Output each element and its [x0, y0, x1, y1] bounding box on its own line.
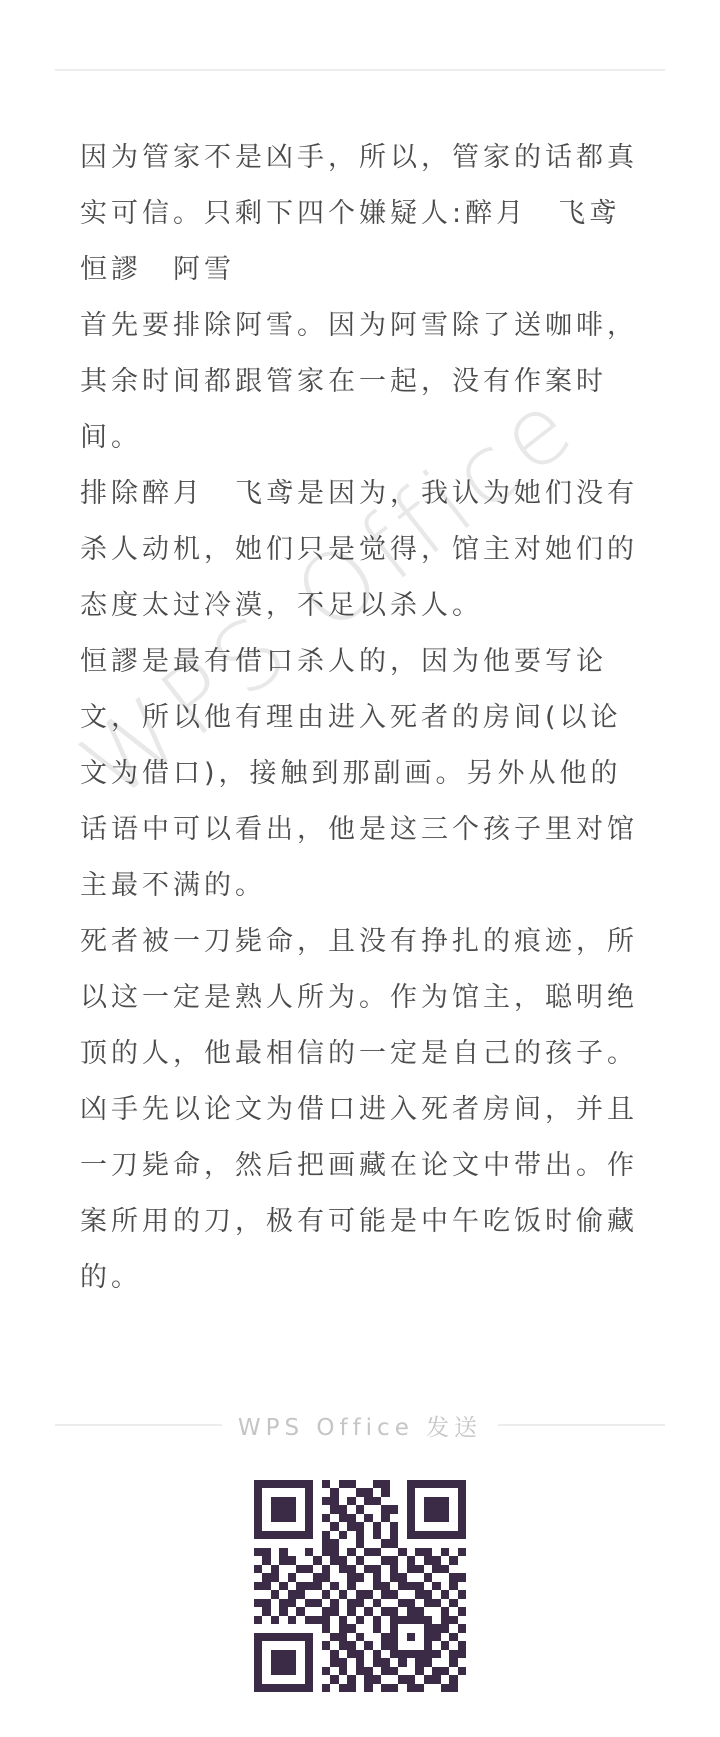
qr-module [407, 1480, 415, 1488]
qr-module [254, 1531, 262, 1539]
qr-module [381, 1607, 389, 1615]
qr-module [398, 1624, 406, 1632]
qr-module [441, 1624, 449, 1632]
qr-module [296, 1565, 304, 1573]
qr-module [373, 1607, 381, 1615]
qr-module [322, 1684, 330, 1692]
qr-module [373, 1590, 381, 1598]
qr-module [271, 1650, 279, 1658]
qr-module [296, 1497, 304, 1505]
qr-module [398, 1522, 406, 1530]
qr-module [322, 1556, 330, 1564]
qr-module [364, 1514, 372, 1522]
qr-module [356, 1582, 364, 1590]
qr-module [296, 1616, 304, 1624]
qr-module [398, 1505, 406, 1513]
qr-module [254, 1573, 262, 1581]
share-footer: WPS Office 发送 [55, 1405, 665, 1445]
qr-module [458, 1658, 466, 1666]
paragraph: 因为管家不是凶手，所以，管家的话都真实可信。只剩下四个嫌疑人:醉月 飞鸢 恒謬 … [80, 130, 644, 298]
qr-module [449, 1650, 457, 1658]
qr-module [424, 1556, 432, 1564]
qr-module [313, 1505, 321, 1513]
qr-module [364, 1522, 372, 1530]
qr-module [398, 1531, 406, 1539]
qr-module [313, 1650, 321, 1658]
qr-module [305, 1514, 313, 1522]
qr-module [262, 1675, 270, 1683]
qr-module [254, 1565, 262, 1573]
qr-module [441, 1633, 449, 1641]
qr-module [390, 1488, 398, 1496]
qr-module [373, 1667, 381, 1675]
qr-module [339, 1590, 347, 1598]
qr-module [356, 1505, 364, 1513]
qr-module [347, 1505, 355, 1513]
qr-module [296, 1582, 304, 1590]
qr-module [330, 1624, 338, 1632]
qr-module [305, 1573, 313, 1581]
qr-module [305, 1548, 313, 1556]
qr-module [305, 1658, 313, 1666]
qr-module [339, 1522, 347, 1530]
qr-module [432, 1675, 440, 1683]
qr-module [305, 1531, 313, 1539]
qr-module [322, 1667, 330, 1675]
qr-module [322, 1548, 330, 1556]
qr-module [441, 1480, 449, 1488]
qr-module [398, 1573, 406, 1581]
qr-module [271, 1514, 279, 1522]
qr-module [271, 1607, 279, 1615]
qr-module [305, 1599, 313, 1607]
qr-module [271, 1599, 279, 1607]
qr-module [288, 1514, 296, 1522]
qr-module [432, 1582, 440, 1590]
qr-module [305, 1650, 313, 1658]
qr-module [313, 1522, 321, 1530]
qr-module [390, 1539, 398, 1547]
qr-module [432, 1624, 440, 1632]
qr-module [262, 1641, 270, 1649]
qr-module [441, 1658, 449, 1666]
qr-module [271, 1675, 279, 1683]
qr-module [330, 1531, 338, 1539]
qr-module [313, 1616, 321, 1624]
qr-module [373, 1582, 381, 1590]
qr-module [432, 1658, 440, 1666]
qr-module [347, 1573, 355, 1581]
qr-module [424, 1675, 432, 1683]
qr-module [288, 1522, 296, 1530]
qr-module [347, 1488, 355, 1496]
qr-module [398, 1590, 406, 1598]
qr-module [288, 1565, 296, 1573]
qr-module [373, 1505, 381, 1513]
qr-module [330, 1607, 338, 1615]
qr-module [279, 1565, 287, 1573]
qr-module [415, 1548, 423, 1556]
qr-module [330, 1599, 338, 1607]
qr-module [441, 1684, 449, 1692]
qr-module [458, 1590, 466, 1598]
qr-module [347, 1658, 355, 1666]
qr-module [279, 1607, 287, 1615]
qr-module [296, 1505, 304, 1513]
qr-module [279, 1573, 287, 1581]
qr-module [262, 1497, 270, 1505]
qr-module [313, 1590, 321, 1598]
qr-module [390, 1650, 398, 1658]
qr-module [458, 1488, 466, 1496]
paragraph: 死者被一刀毙命，且没有挣扎的痕迹，所以这一定是熟人所为。作为馆主，聪明绝顶的人，… [80, 914, 644, 1082]
qr-module [373, 1548, 381, 1556]
qr-module [458, 1667, 466, 1675]
qr-module [279, 1497, 287, 1505]
qr-module [347, 1624, 355, 1632]
qr-module [407, 1599, 415, 1607]
qr-module [271, 1684, 279, 1692]
qr-module [381, 1539, 389, 1547]
qr-module [271, 1582, 279, 1590]
qr-module [432, 1505, 440, 1513]
qr-module [390, 1497, 398, 1505]
qr-module [313, 1582, 321, 1590]
footer-divider-right [498, 1424, 665, 1426]
qr-module [458, 1607, 466, 1615]
qr-module [415, 1624, 423, 1632]
qr-module [458, 1556, 466, 1564]
qr-module [279, 1599, 287, 1607]
qr-module [398, 1641, 406, 1649]
qr-module [305, 1633, 313, 1641]
qr-module [449, 1599, 457, 1607]
qr-module [271, 1531, 279, 1539]
qr-module [381, 1531, 389, 1539]
qr-module [339, 1497, 347, 1505]
qr-module [398, 1565, 406, 1573]
qr-module [262, 1548, 270, 1556]
qr-module [339, 1650, 347, 1658]
qr-module [339, 1624, 347, 1632]
qr-module [271, 1590, 279, 1598]
qr-module [373, 1522, 381, 1530]
qr-module [407, 1590, 415, 1598]
qr-module [279, 1658, 287, 1666]
qr-module [322, 1641, 330, 1649]
qr-module [356, 1650, 364, 1658]
qr-module [288, 1539, 296, 1547]
qr-module [364, 1582, 372, 1590]
qr-module [415, 1684, 423, 1692]
qr-module [441, 1531, 449, 1539]
qr-module [330, 1505, 338, 1513]
qr-module [305, 1616, 313, 1624]
qr-module [381, 1505, 389, 1513]
qr-module [262, 1522, 270, 1530]
qr-module [322, 1590, 330, 1598]
qr-module [279, 1675, 287, 1683]
qr-module [322, 1514, 330, 1522]
qr-module [271, 1505, 279, 1513]
qr-module [322, 1488, 330, 1496]
qr-module [424, 1539, 432, 1547]
qr-module [449, 1667, 457, 1675]
qr-module [458, 1480, 466, 1488]
qr-module [390, 1658, 398, 1666]
qr-module [254, 1539, 262, 1547]
qr-module [347, 1667, 355, 1675]
qr-module [424, 1590, 432, 1598]
qr-module [424, 1667, 432, 1675]
qr-module [305, 1497, 313, 1505]
qr-module [347, 1607, 355, 1615]
qr-module [364, 1590, 372, 1598]
qr-module [432, 1497, 440, 1505]
qr-module [458, 1616, 466, 1624]
qr-module [347, 1565, 355, 1573]
qr-module [432, 1616, 440, 1624]
qr-module [262, 1684, 270, 1692]
qr-module [254, 1616, 262, 1624]
qr-module [271, 1565, 279, 1573]
qr-module [373, 1616, 381, 1624]
qr-module [381, 1573, 389, 1581]
qr-module [458, 1514, 466, 1522]
qr-module [262, 1667, 270, 1675]
qr-module [458, 1624, 466, 1632]
qr-module [288, 1633, 296, 1641]
qr-module [279, 1624, 287, 1632]
qr-module [398, 1582, 406, 1590]
qr-module [415, 1539, 423, 1547]
qr-module [288, 1641, 296, 1649]
qr-module [390, 1582, 398, 1590]
qr-module [398, 1658, 406, 1666]
qr-module [432, 1480, 440, 1488]
qr-module [339, 1565, 347, 1573]
qr-module [441, 1514, 449, 1522]
qr-module [262, 1514, 270, 1522]
qr-module [296, 1556, 304, 1564]
qr-module [305, 1522, 313, 1530]
qr-module [381, 1624, 389, 1632]
qr-module [271, 1548, 279, 1556]
qr-module [296, 1667, 304, 1675]
qr-module [271, 1641, 279, 1649]
qr-module [330, 1514, 338, 1522]
qr-module [415, 1497, 423, 1505]
qr-module [254, 1548, 262, 1556]
qr-module [356, 1607, 364, 1615]
qr-module [262, 1565, 270, 1573]
qr-module [313, 1624, 321, 1632]
qr-module [407, 1675, 415, 1683]
qr-module [373, 1573, 381, 1581]
qr-module [254, 1505, 262, 1513]
qr-module [254, 1522, 262, 1530]
qr-module [322, 1616, 330, 1624]
qr-module [458, 1599, 466, 1607]
qr-module [458, 1675, 466, 1683]
qr-module [347, 1556, 355, 1564]
qr-module [415, 1658, 423, 1666]
qr-module [441, 1522, 449, 1530]
qr-module [381, 1480, 389, 1488]
qr-module [458, 1582, 466, 1590]
qr-module [271, 1658, 279, 1666]
qr-code[interactable] [254, 1480, 466, 1692]
qr-module [279, 1488, 287, 1496]
qr-module [390, 1505, 398, 1513]
qr-module [330, 1522, 338, 1530]
qr-module [449, 1590, 457, 1598]
qr-module [432, 1641, 440, 1649]
qr-module [313, 1488, 321, 1496]
qr-module [262, 1573, 270, 1581]
qr-module [449, 1624, 457, 1632]
qr-module [313, 1599, 321, 1607]
qr-module [407, 1616, 415, 1624]
qr-module [449, 1505, 457, 1513]
qr-module [424, 1633, 432, 1641]
qr-module [398, 1675, 406, 1683]
qr-module [288, 1675, 296, 1683]
qr-module [424, 1616, 432, 1624]
qr-module [424, 1607, 432, 1615]
qr-module [322, 1573, 330, 1581]
qr-module [356, 1590, 364, 1598]
qr-module [398, 1633, 406, 1641]
qr-module [441, 1548, 449, 1556]
qr-module [398, 1480, 406, 1488]
qr-module [271, 1539, 279, 1547]
qr-module [415, 1480, 423, 1488]
qr-module [271, 1556, 279, 1564]
qr-module [407, 1582, 415, 1590]
top-divider [55, 69, 665, 71]
qr-module [254, 1590, 262, 1598]
qr-module [254, 1497, 262, 1505]
qr-module [339, 1573, 347, 1581]
qr-module [381, 1514, 389, 1522]
qr-module [424, 1497, 432, 1505]
qr-module [424, 1624, 432, 1632]
qr-module [364, 1667, 372, 1675]
qr-module [415, 1522, 423, 1530]
qr-module [390, 1565, 398, 1573]
qr-module [313, 1548, 321, 1556]
qr-module [330, 1582, 338, 1590]
qr-module [373, 1531, 381, 1539]
qr-module [407, 1667, 415, 1675]
qr-module [407, 1633, 415, 1641]
qr-module [432, 1667, 440, 1675]
qr-module [322, 1480, 330, 1488]
qr-module [262, 1539, 270, 1547]
qr-module [415, 1599, 423, 1607]
qr-module [364, 1650, 372, 1658]
qr-module [407, 1624, 415, 1632]
qr-module [441, 1607, 449, 1615]
qr-module [305, 1565, 313, 1573]
qr-module [356, 1616, 364, 1624]
qr-module [449, 1565, 457, 1573]
qr-module [449, 1556, 457, 1564]
qr-module [305, 1641, 313, 1649]
qr-module [347, 1514, 355, 1522]
qr-module [262, 1624, 270, 1632]
qr-module [381, 1497, 389, 1505]
qr-module [364, 1556, 372, 1564]
qr-module [347, 1599, 355, 1607]
qr-module [441, 1675, 449, 1683]
qr-module [296, 1599, 304, 1607]
qr-module [373, 1658, 381, 1666]
qr-module [305, 1480, 313, 1488]
qr-module [432, 1514, 440, 1522]
qr-module [347, 1539, 355, 1547]
qr-module [424, 1599, 432, 1607]
qr-module [254, 1488, 262, 1496]
qr-module [398, 1684, 406, 1692]
qr-module [330, 1573, 338, 1581]
qr-module [356, 1488, 364, 1496]
qr-module [415, 1582, 423, 1590]
qr-module [288, 1658, 296, 1666]
qr-module [279, 1616, 287, 1624]
qr-module [330, 1633, 338, 1641]
qr-module [330, 1565, 338, 1573]
qr-module [424, 1658, 432, 1666]
qr-module [432, 1556, 440, 1564]
qr-module [330, 1556, 338, 1564]
qr-module [364, 1480, 372, 1488]
qr-module [449, 1641, 457, 1649]
qr-module [339, 1480, 347, 1488]
qr-module [441, 1650, 449, 1658]
qr-module [441, 1556, 449, 1564]
qr-module [407, 1488, 415, 1496]
qr-module [424, 1480, 432, 1488]
qr-module [415, 1590, 423, 1598]
qr-module [271, 1480, 279, 1488]
qr-module [279, 1556, 287, 1564]
qr-module [398, 1650, 406, 1658]
qr-module [458, 1497, 466, 1505]
qr-module [339, 1488, 347, 1496]
qr-module [279, 1641, 287, 1649]
qr-module [356, 1522, 364, 1530]
qr-module [381, 1582, 389, 1590]
qr-module [262, 1616, 270, 1624]
qr-module [288, 1684, 296, 1692]
qr-module [373, 1641, 381, 1649]
qr-module [381, 1599, 389, 1607]
qr-module [390, 1684, 398, 1692]
qr-module [441, 1616, 449, 1624]
qr-module [449, 1514, 457, 1522]
qr-module [415, 1573, 423, 1581]
qr-module [305, 1590, 313, 1598]
qr-module [313, 1633, 321, 1641]
qr-module [415, 1667, 423, 1675]
qr-module [449, 1607, 457, 1615]
qr-module [322, 1582, 330, 1590]
qr-module [407, 1548, 415, 1556]
qr-module [407, 1607, 415, 1615]
qr-module [432, 1633, 440, 1641]
